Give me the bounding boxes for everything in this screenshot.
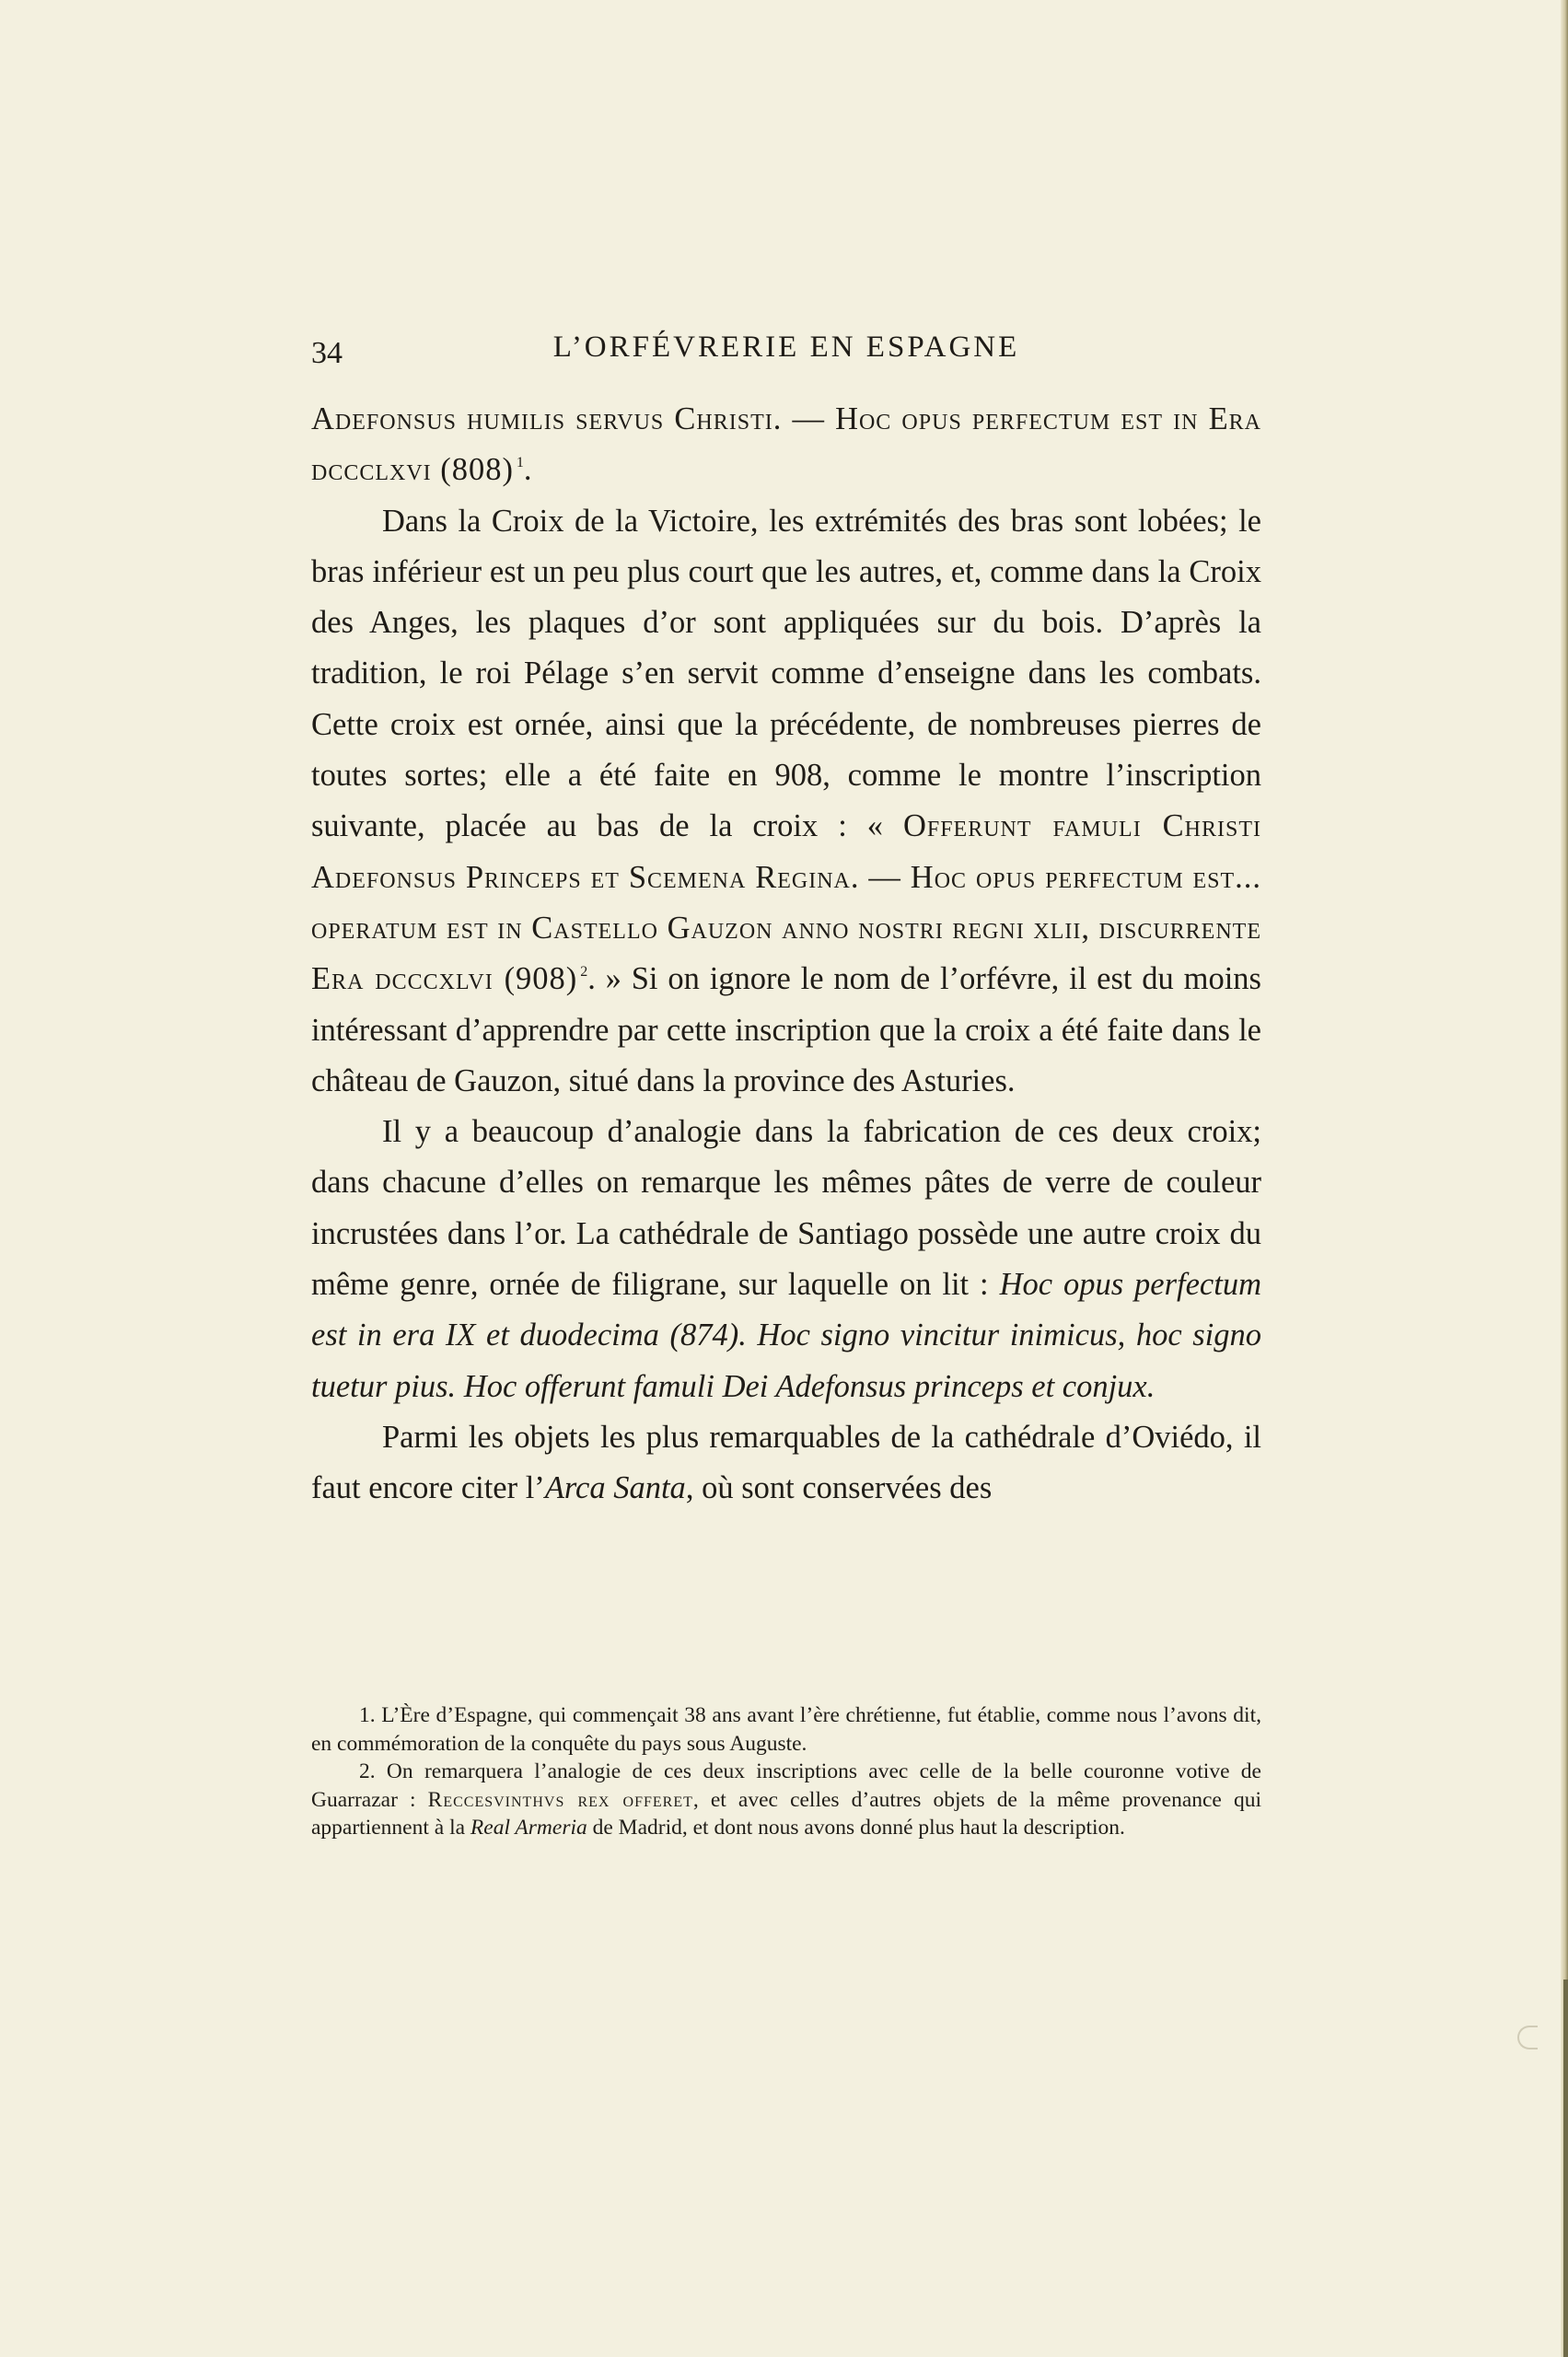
footnote-text: de Madrid, et dont nous avons donné plus…: [587, 1816, 1125, 1840]
footnotes: 1. L’Ère d’Espagne, qui commençait 38 an…: [311, 1701, 1261, 1842]
footnote-number: 1.: [359, 1703, 376, 1727]
paragraph-inscription-808: Adefonsus humilis servus Christi. — Hoc …: [311, 394, 1261, 496]
inscription-text: Adefonsus humilis servus Christi. — Hoc …: [311, 401, 1261, 487]
body-text: Adefonsus humilis servus Christi. — Hoc …: [311, 394, 1261, 1515]
footnote-number: 2.: [359, 1759, 376, 1783]
pencil-mark: [1517, 2026, 1538, 2049]
running-head: 34 L’ORFÉVRERIE EN ESPAGNE: [311, 327, 1261, 373]
footnote-text: L’Ère d’Espagne, qui commençait 38 ans a…: [311, 1703, 1261, 1756]
paragraph-croix-victoire: Dans la Croix de la Victoire, les extrém…: [311, 496, 1261, 1108]
paragraph-text: , où sont conservées des: [686, 1470, 992, 1505]
paragraph-analogie: Il y a beaucoup d’analogie dans la fabri…: [311, 1107, 1261, 1412]
inscription-text: Reccesvinthvs rex offeret: [428, 1788, 693, 1812]
footnote-ref-2[interactable]: 2: [580, 964, 587, 980]
punctuation: .: [524, 452, 532, 487]
arca-santa-term: Arca Santa: [545, 1470, 686, 1505]
footnote-2: 2. On remarquera l’analogie de ces deux …: [311, 1758, 1261, 1842]
paragraph-arca-santa: Parmi les objets les plus remarquables d…: [311, 1412, 1261, 1515]
real-armeria-term: Real Armeria: [470, 1816, 587, 1840]
paragraph-text: Dans la Croix de la Victoire, les extrém…: [311, 504, 1261, 844]
footnote-1: 1. L’Ère d’Espagne, qui commençait 38 an…: [311, 1701, 1261, 1758]
running-title: L’ORFÉVRERIE EN ESPAGNE: [311, 331, 1261, 365]
footnote-ref-1[interactable]: 1: [517, 455, 524, 470]
page-edge-shadow: [1563, 1980, 1568, 2357]
